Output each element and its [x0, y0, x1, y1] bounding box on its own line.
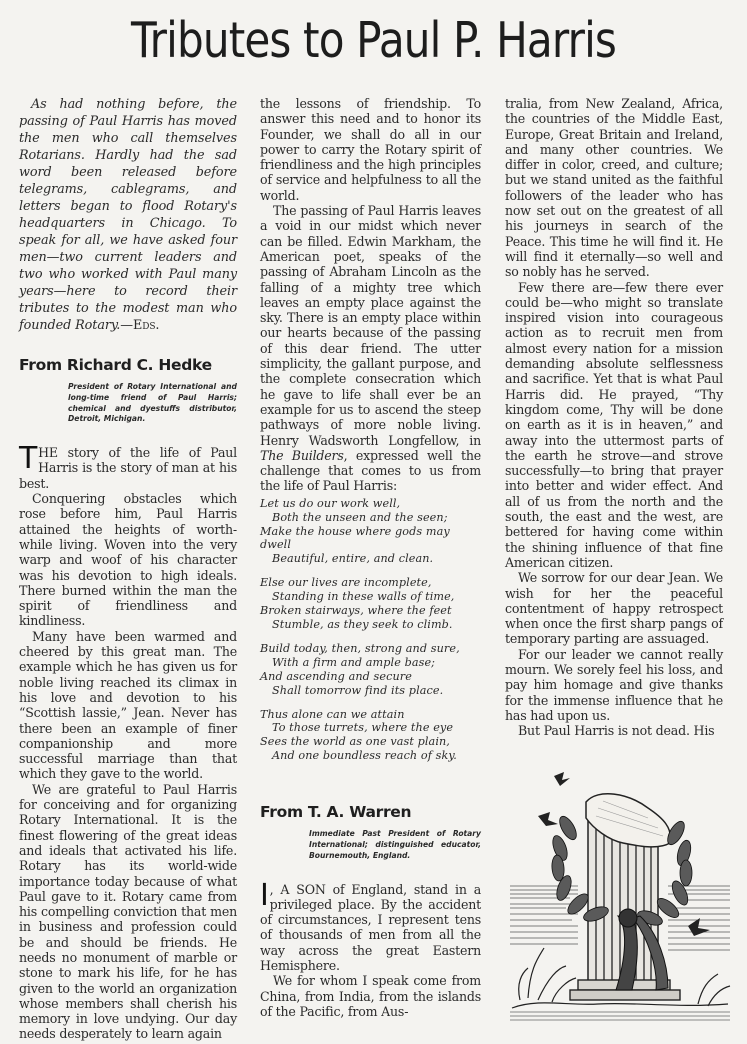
hedke-paragraph-5: The passing of Paul Harris leaves a void…	[260, 203, 481, 494]
poem-line: Let us do our work well,	[260, 497, 481, 511]
bio-hedke: President of Rotary International and lo…	[68, 382, 237, 425]
warren-paragraph-4: We sorrow for our dear Jean. We wish for…	[505, 570, 723, 646]
poem-line: To those turrets, where the eye	[260, 721, 481, 735]
book-title: The Builders	[260, 448, 344, 463]
hedke-paragraph-4: We are grateful to Paul Harris for conce…	[19, 782, 237, 1042]
editor-intro: As had nothing before, the passing of Pa…	[19, 96, 237, 334]
warren-paragraph-6: But Paul Harris is not dead. His	[505, 723, 723, 738]
poem-stanza: Else our lives are incomplete, Standing …	[260, 576, 481, 632]
warren-paragraph-2: We for whom I speak come from China, fro…	[260, 973, 481, 1019]
poem-line: Build today, then, strong and sure,	[260, 642, 481, 656]
poem-stanza: Let us do our work well, Both the unseen…	[260, 497, 481, 567]
poem-stanza: Thus alone can we attain To those turret…	[260, 708, 481, 764]
warren-paragraph-3: Few there are—few there ever could be—wh…	[505, 280, 723, 571]
warren-paragraph-2-continued: tralia, from New Zealand, Africa, the co…	[505, 96, 723, 280]
para-text: The passing of Paul Harris leaves a void…	[260, 203, 481, 447]
poem-line: Sees the world as one vast plain,	[260, 735, 481, 749]
hedke-paragraph-3: Many have been warmed and cheered by thi…	[19, 629, 237, 782]
dropcap: T	[19, 446, 37, 472]
warren-paragraph-1: I, A SON of England, stand in a privileg…	[260, 882, 481, 974]
column-wreath-icon	[508, 768, 732, 1026]
hedke-paragraph-4-continued: the lessons of friendship. To answer thi…	[260, 96, 481, 203]
bio-warren: Immediate Past President of Rotary Inter…	[309, 829, 481, 861]
byline-warren: From T. A. Warren	[260, 803, 481, 821]
intro-text: As had nothing before, the passing of Pa…	[19, 97, 237, 333]
poem-line: Shall tomorrow find its place.	[260, 684, 481, 698]
poem-the-builders: Let us do our work well, Both the unseen…	[260, 497, 481, 763]
page-title: Tributes to Paul P. Harris	[52, 12, 694, 69]
warren-paragraph-5: For our leader we cannot really mourn. W…	[505, 647, 723, 723]
dropcap: I	[260, 883, 269, 909]
poem-line: Make the house where gods may dwell	[260, 525, 481, 553]
broken-column-illustration	[508, 768, 732, 1026]
column-2: the lessons of friendship. To answer thi…	[260, 96, 481, 1019]
poem-line: And one boundless reach of sky.	[260, 749, 481, 763]
poem-line: Else our lives are incomplete,	[260, 576, 481, 590]
column-3: tralia, from New Zealand, Africa, the co…	[505, 96, 723, 738]
hedke-paragraph-1: THE story of the life of Paul Harris is …	[19, 445, 237, 491]
hedke-paragraph-2: Conquering obstacles which rose before h…	[19, 491, 237, 629]
poem-line: With a firm and ample base;	[260, 656, 481, 670]
poem-line: Thus alone can we attain	[260, 708, 481, 722]
poem-stanza: Build today, then, strong and sure, With…	[260, 642, 481, 698]
poem-line: And ascending and secure	[260, 670, 481, 684]
column-1: As had nothing before, the passing of Pa…	[19, 96, 237, 1042]
poem-line: Broken stairways, where the feet	[260, 604, 481, 618]
editors-signature: —Eds.	[120, 318, 159, 333]
para-text: , A SON of England, stand in a privilege…	[260, 882, 481, 973]
poem-line: Standing in these walls of time,	[260, 590, 481, 604]
lead-smallcaps: HE	[38, 445, 58, 460]
poem-line: Both the unseen and the seen;	[260, 511, 481, 525]
poem-line: Stumble, as they seek to climb.	[260, 618, 481, 632]
byline-hedke: From Richard C. Hedke	[19, 356, 237, 374]
poem-line: Beautiful, entire, and clean.	[260, 552, 481, 566]
